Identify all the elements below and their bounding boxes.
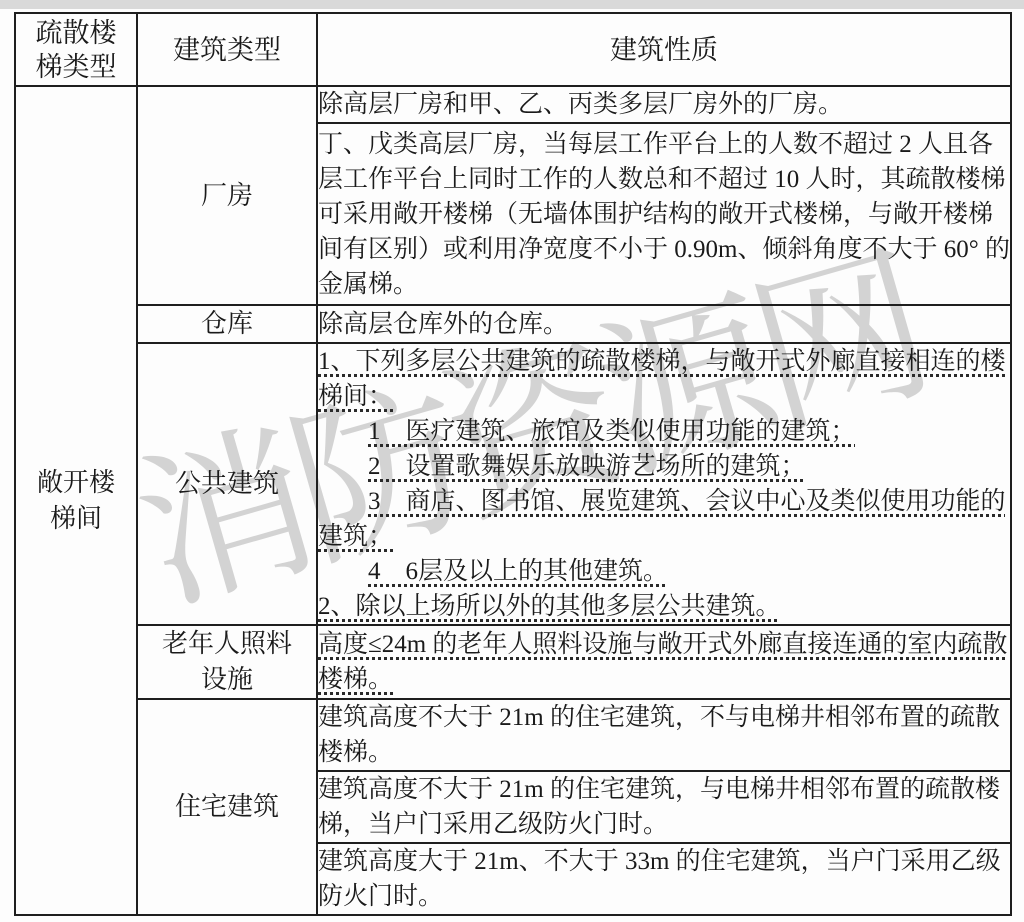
text-factory-general: 除高层厂房和甲、乙、丙类多层厂房外的厂房。 (318, 87, 1010, 122)
text-residential-2: 建筑高度不大于 21m 的住宅建筑，与电梯井相邻布置的疏散楼梯，当户门采用乙级防… (318, 772, 1010, 842)
row-factory-general: 敞开楼 梯间 厂房 除高层厂房和甲、乙、丙类多层厂房外的厂房。 (15, 86, 1011, 123)
row-warehouse: 仓库 除高层仓库外的仓库。 (15, 305, 1011, 343)
text-residential-1: 建筑高度不大于 21m 的住宅建筑，不与电梯井相邻布置的疏散楼梯。 (318, 700, 1010, 770)
cell-nature-warehouse: 除高层仓库外的仓库。 (317, 305, 1011, 343)
evacuation-stair-table: 疏散楼 梯类型 建筑类型 建筑性质 敞开楼 梯间 厂房 除高层厂房和甲、乙、丙类… (14, 12, 1012, 916)
cell-nature-residential-3: 建筑高度大于 21m、不大于 33m 的住宅建筑，当户门采用乙级防火门时。 (317, 843, 1011, 915)
top-gray-band (0, 0, 1024, 9)
text-public-other: 2、除以上场所以外的其他多层公共建筑。 (318, 589, 1010, 624)
cell-nature-factory-highrise: 丁、戊类高层厂房，当每层工作平台上的人数不超过 2 人且各层工作平台上同时工作的… (317, 123, 1011, 305)
page: 消防资源网 疏散楼 梯类型 建筑类型 建筑性质 敞开楼 梯间 厂房 除高层厂房和… (0, 0, 1024, 922)
header-row: 疏散楼 梯类型 建筑类型 建筑性质 (15, 13, 1011, 86)
text-public-intro: 1、下列多层公共建筑的疏散楼梯，与敞开式外廊直接相连的楼梯间： (318, 344, 1010, 414)
cell-building-type-elderly: 老年人照料 设施 (137, 625, 317, 699)
text-public-item-4: 4 6层及以上的其他建筑。 (318, 554, 1010, 589)
cell-building-type-public: 公共建筑 (137, 343, 317, 625)
text-public-item-1: 1 医疗建筑、旅馆及类似使用功能的建筑； (318, 414, 1010, 449)
text-warehouse: 除高层仓库外的仓库。 (318, 307, 1010, 342)
cell-nature-residential-1: 建筑高度不大于 21m 的住宅建筑，不与电梯井相邻布置的疏散楼梯。 (317, 699, 1011, 771)
row-residential-1: 住宅建筑 建筑高度不大于 21m 的住宅建筑，不与电梯井相邻布置的疏散楼梯。 (15, 699, 1011, 771)
row-public-building: 公共建筑 1、下列多层公共建筑的疏散楼梯，与敞开式外廊直接相连的楼梯间： 1 医… (15, 343, 1011, 625)
cell-stair-type-open-stairwell: 敞开楼 梯间 (15, 86, 137, 915)
cell-building-type-factory: 厂房 (137, 86, 317, 305)
header-building-nature: 建筑性质 (317, 13, 1011, 86)
cell-nature-elderly: 高度≤24m 的老年人照料设施与敞开式外廊直接连通的室内疏散楼梯。 (317, 625, 1011, 699)
text-factory-highrise: 丁、戊类高层厂房，当每层工作平台上的人数不超过 2 人且各层工作平台上同时工作的… (318, 127, 1010, 302)
cell-nature-factory-general: 除高层厂房和甲、乙、丙类多层厂房外的厂房。 (317, 86, 1011, 123)
cell-building-type-residential: 住宅建筑 (137, 699, 317, 915)
text-public-item-3: 3 商店、图书馆、展览建筑、会议中心及类似使用功能的建筑； (318, 484, 1010, 554)
cell-building-type-warehouse: 仓库 (137, 305, 317, 343)
cell-nature-public: 1、下列多层公共建筑的疏散楼梯，与敞开式外廊直接相连的楼梯间： 1 医疗建筑、旅… (317, 343, 1011, 625)
cell-nature-residential-2: 建筑高度不大于 21m 的住宅建筑，与电梯井相邻布置的疏散楼梯，当户门采用乙级防… (317, 771, 1011, 843)
text-residential-3: 建筑高度大于 21m、不大于 33m 的住宅建筑，当户门采用乙级防火门时。 (318, 844, 1010, 914)
header-stair-type: 疏散楼 梯类型 (15, 13, 137, 86)
text-elderly: 高度≤24m 的老年人照料设施与敞开式外廊直接连通的室内疏散楼梯。 (318, 627, 1010, 697)
row-elderly-care: 老年人照料 设施 高度≤24m 的老年人照料设施与敞开式外廊直接连通的室内疏散楼… (15, 625, 1011, 699)
text-public-item-2: 2 设置歌舞娱乐放映游艺场所的建筑； (318, 449, 1010, 484)
header-building-type: 建筑类型 (137, 13, 317, 86)
